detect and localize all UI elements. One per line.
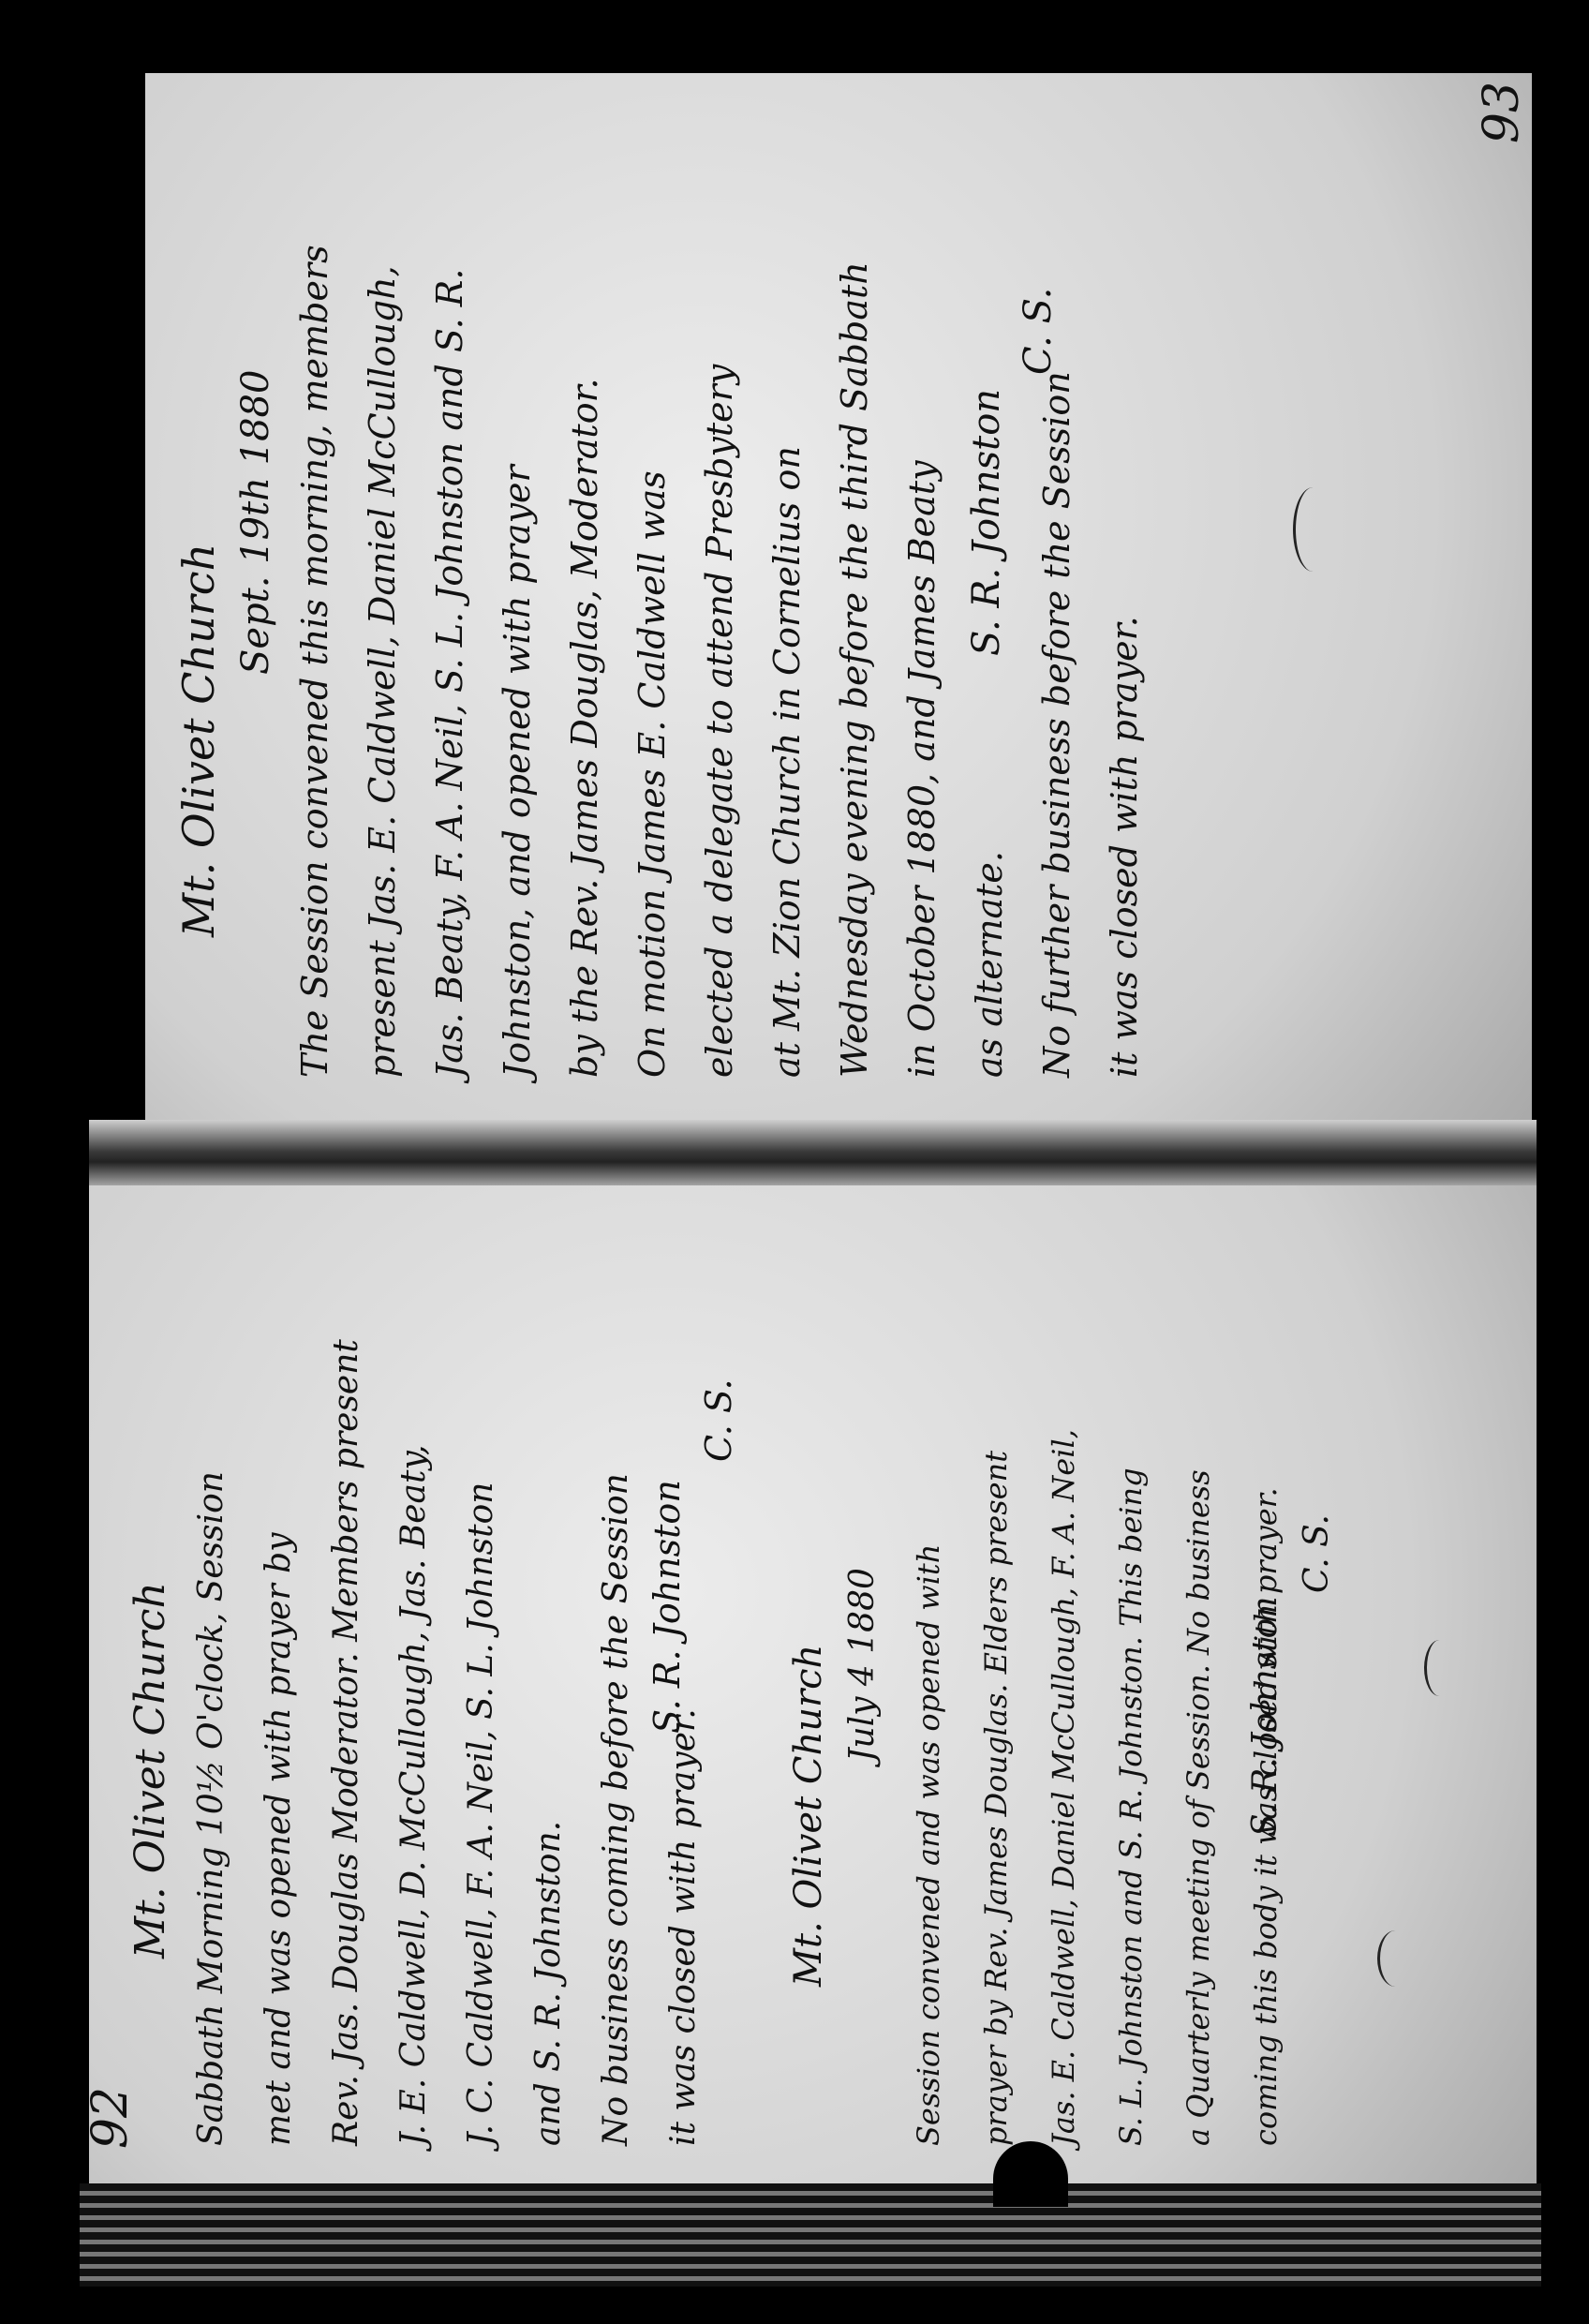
text-line: at Mt. Zion Church in Cornelius on — [753, 245, 821, 1078]
page-number-left: 92 — [82, 2087, 139, 2149]
text-line: present Jas. E. Caldwell, Daniel McCullo… — [349, 245, 416, 1078]
text-line: Rev. Jas. Douglas Moderator. Members pre… — [313, 1339, 380, 2146]
left-entry2-body: Session convened and was opened with pra… — [895, 1429, 1299, 2146]
scanned-ledger: 93 92 Mt. Olivet Church Sept. 19th 1880 … — [0, 0, 1589, 2324]
right-entry-date: Sept. 19th 1880 — [234, 370, 277, 675]
ink-mark — [1377, 1930, 1414, 1987]
text-line: met and was opened with prayer by — [245, 1339, 313, 2146]
left-entry2-signature-title: C. S. — [1298, 1514, 1336, 1593]
left-entry2-heading: Mt. Olivet Church — [787, 1645, 830, 1987]
left-entry1-body: Sabbath Morning 10½ O'clock, Session met… — [178, 1339, 718, 2146]
left-entry2-signature: S. R. Johnston — [1246, 1596, 1285, 1837]
text-line: by the Rev. James Douglas, Moderator. — [551, 245, 618, 1078]
text-line: Jas. Beaty, F. A. Neil, S. L. Johnston a… — [416, 245, 483, 1078]
text-line: it was closed with prayer. — [1091, 245, 1158, 1078]
right-entry-heading: Mt. Olivet Church — [173, 544, 224, 937]
text-line: a Quarterly meeting of Session. No busin… — [1165, 1429, 1232, 2146]
right-entry-signature: S. R. Johnston — [965, 389, 1008, 656]
text-line: in October 1880, and James Beaty — [888, 245, 956, 1078]
book-gutter — [89, 1120, 1537, 1190]
ink-mark — [1293, 487, 1333, 572]
text-line: Johnston, and opened with prayer — [483, 245, 551, 1078]
text-line: On motion James E. Caldwell was — [618, 245, 686, 1078]
text-line: elected a delegate to attend Presbytery — [686, 245, 753, 1078]
text-line: and S. R. Johnston. — [515, 1339, 583, 2146]
thumb-tab — [993, 2141, 1068, 2207]
text-line: as alternate. — [956, 245, 1023, 1078]
left-entry1-heading: Mt. Olivet Church — [126, 1582, 174, 1959]
right-entry-signature-title: C. S. — [1017, 288, 1060, 375]
left-entry2-date: July 4 1880 — [843, 1568, 882, 1762]
page-edges — [80, 2183, 1541, 2287]
page-number-right: 93 — [1474, 82, 1530, 143]
text-line: J. C. Caldwell, F. A. Neil, S. L. Johnst… — [448, 1339, 515, 2146]
text-line: Jas. E. Caldwell, Daniel McCullough, F. … — [1030, 1429, 1097, 2146]
text-line: No business coming before the Session — [583, 1339, 650, 2146]
text-line: prayer by Rev. James Douglas. Elders pre… — [962, 1429, 1030, 2146]
text-line: The Session convened this morning, membe… — [281, 245, 349, 1078]
text-line: Wednesday evening before the third Sabba… — [821, 245, 888, 1078]
left-entry1-signature: S. R. Johnston — [646, 1480, 688, 1734]
text-line: Sabbath Morning 10½ O'clock, Session — [178, 1339, 245, 2146]
text-line: Session convened and was opened with — [895, 1429, 962, 2146]
text-line: S. L. Johnston and S. R. Johnston. This … — [1097, 1429, 1165, 2146]
left-entry1-signature-title: C. S. — [698, 1378, 739, 1462]
ink-mark — [1424, 1640, 1455, 1696]
text-line: J. E. Caldwell, D. McCullough, Jas. Beat… — [380, 1339, 448, 2146]
